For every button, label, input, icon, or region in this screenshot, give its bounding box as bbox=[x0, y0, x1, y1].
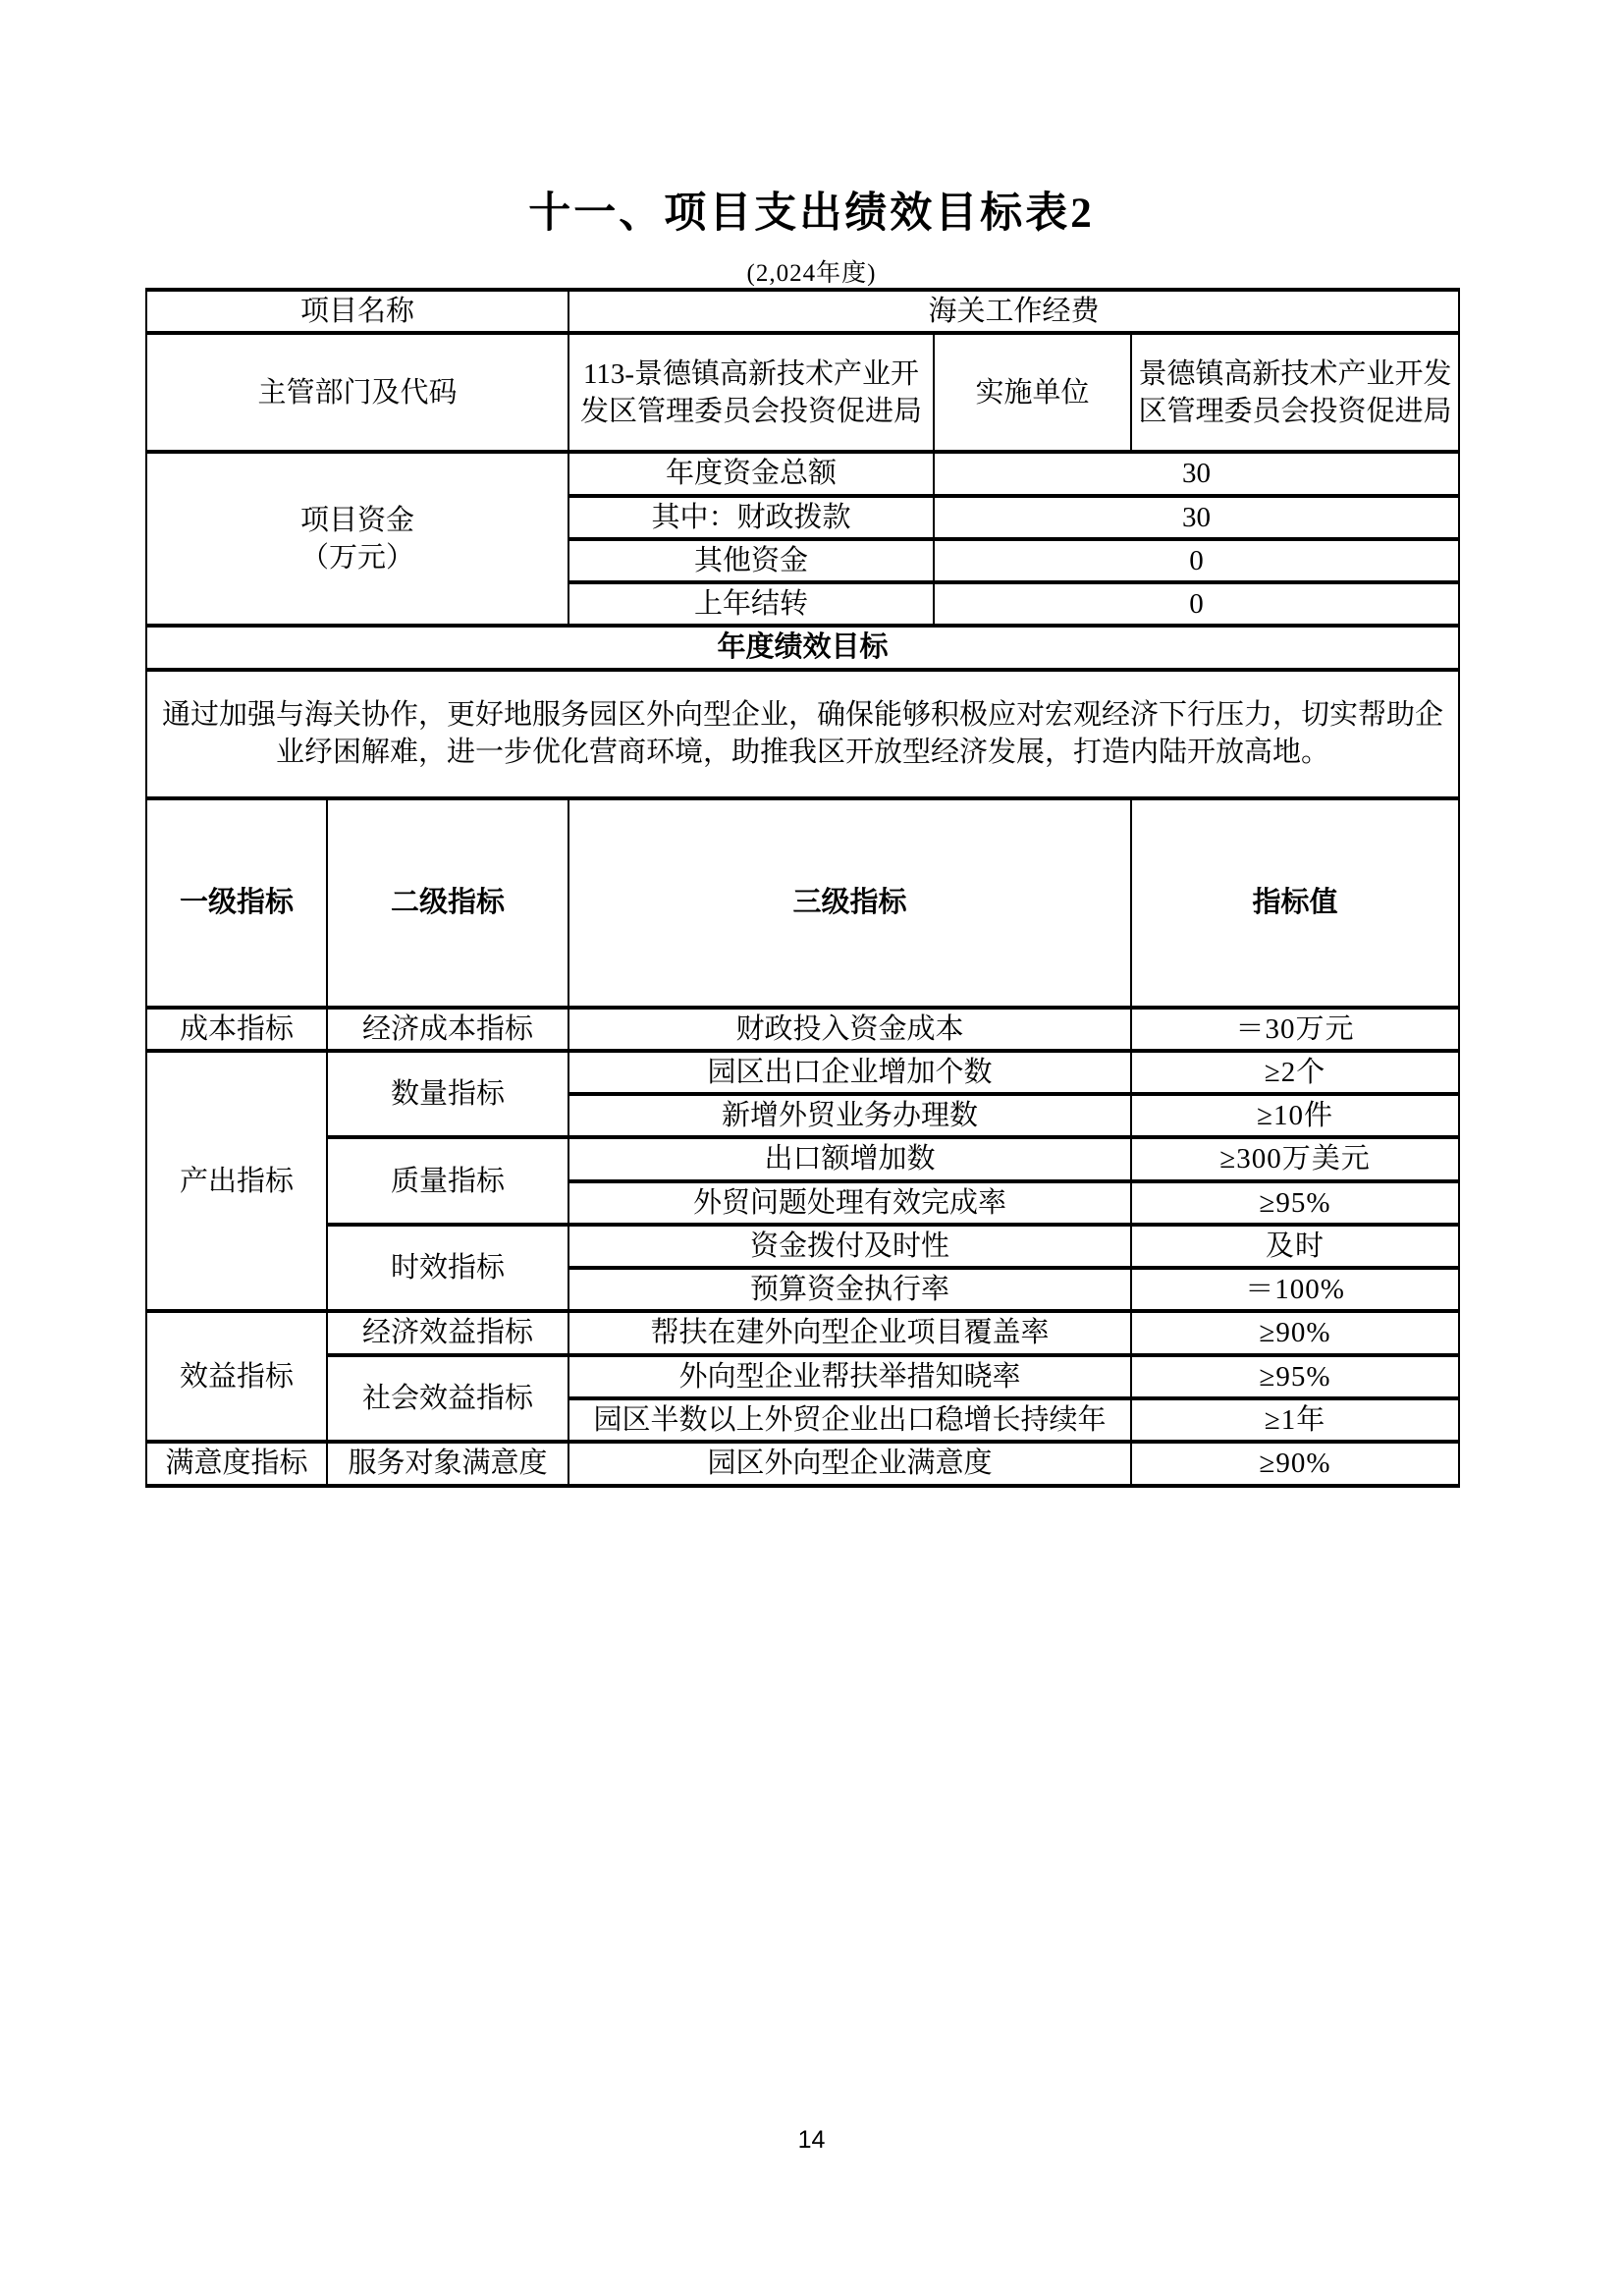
indicator-row: 社会效益指标 外向型企业帮扶举措知晓率 ≥95% bbox=[146, 1355, 1459, 1398]
funds-item-label-cell: 其中：财政拨款 bbox=[568, 496, 934, 539]
indicator-header-level1-cell: 一级指标 bbox=[146, 798, 327, 1008]
indicator-value-cell: ≥2个 bbox=[1131, 1051, 1459, 1094]
indicator-level2-cell: 时效指标 bbox=[327, 1225, 568, 1312]
indicator-row: 质量指标 出口额增加数 ≥300万美元 bbox=[146, 1137, 1459, 1180]
indicator-level1-cell: 成本指标 bbox=[146, 1008, 327, 1051]
indicator-level1-cell: 满意度指标 bbox=[146, 1442, 327, 1485]
dept-value-cell: 113-景德镇高新技术产业开发区管理委员会投资促进局 bbox=[568, 333, 934, 452]
performance-target-table: 项目名称 海关工作经费 主管部门及代码 113-景德镇高新技术产业开发区管理委员… bbox=[145, 288, 1460, 1488]
funds-item-label-cell: 其他资金 bbox=[568, 539, 934, 582]
indicator-level2-cell: 数量指标 bbox=[327, 1051, 568, 1138]
funds-row: 项目资金 （万元） 年度资金总额 30 bbox=[146, 452, 1459, 495]
indicator-header-value-cell: 指标值 bbox=[1131, 798, 1459, 1008]
indicator-header-level3-cell: 三级指标 bbox=[568, 798, 1131, 1008]
document-page: 十一、项目支出绩效目标表2 (2,024年度) 项目名称 海关工作经费 主管部门… bbox=[0, 0, 1623, 2296]
indicator-level3-cell: 新增外贸业务办理数 bbox=[568, 1094, 1131, 1137]
funds-item-value-cell: 0 bbox=[934, 582, 1459, 626]
department-row: 主管部门及代码 113-景德镇高新技术产业开发区管理委员会投资促进局 实施单位 … bbox=[146, 333, 1459, 452]
indicator-value-cell: 及时 bbox=[1131, 1225, 1459, 1268]
indicator-level3-cell: 园区出口企业增加个数 bbox=[568, 1051, 1131, 1094]
indicator-level2-cell: 社会效益指标 bbox=[327, 1355, 568, 1443]
project-name-row: 项目名称 海关工作经费 bbox=[146, 290, 1459, 333]
funds-label-cell: 项目资金 （万元） bbox=[146, 452, 568, 626]
indicator-level3-cell: 园区半数以上外贸企业出口稳增长持续年 bbox=[568, 1398, 1131, 1442]
indicator-level1-cell: 效益指标 bbox=[146, 1311, 327, 1442]
annual-goal-header-cell: 年度绩效目标 bbox=[146, 626, 1459, 669]
page-number: 14 bbox=[0, 2126, 1623, 2155]
indicator-level3-cell: 外向型企业帮扶举措知晓率 bbox=[568, 1355, 1131, 1398]
indicator-value-cell: ≥90% bbox=[1131, 1442, 1459, 1485]
indicator-value-cell: ＝100% bbox=[1131, 1268, 1459, 1311]
dept-label-cell: 主管部门及代码 bbox=[146, 333, 568, 452]
project-name-value-cell: 海关工作经费 bbox=[568, 290, 1459, 333]
indicator-level3-cell: 园区外向型企业满意度 bbox=[568, 1442, 1131, 1485]
annual-goal-header-row: 年度绩效目标 bbox=[146, 626, 1459, 669]
indicator-value-cell: ＝30万元 bbox=[1131, 1008, 1459, 1051]
indicator-row: 时效指标 资金拨付及时性 及时 bbox=[146, 1225, 1459, 1268]
indicator-level3-cell: 外贸问题处理有效完成率 bbox=[568, 1181, 1131, 1225]
impl-unit-label-cell: 实施单位 bbox=[934, 333, 1131, 452]
indicator-value-cell: ≥90% bbox=[1131, 1311, 1459, 1354]
indicator-level2-cell: 服务对象满意度 bbox=[327, 1442, 568, 1485]
annual-goal-text-cell: 通过加强与海关协作，更好地服务园区外向型企业，确保能够积极应对宏观经济下行压力，… bbox=[146, 670, 1459, 798]
indicator-level3-cell: 预算资金执行率 bbox=[568, 1268, 1131, 1311]
funds-item-value-cell: 0 bbox=[934, 539, 1459, 582]
indicator-value-cell: ≥95% bbox=[1131, 1181, 1459, 1225]
indicator-row: 成本指标 经济成本指标 财政投入资金成本 ＝30万元 bbox=[146, 1008, 1459, 1051]
impl-unit-value-cell: 景德镇高新技术产业开发区管理委员会投资促进局 bbox=[1131, 333, 1459, 452]
indicator-row: 效益指标 经济效益指标 帮扶在建外向型企业项目覆盖率 ≥90% bbox=[146, 1311, 1459, 1354]
indicator-level3-cell: 出口额增加数 bbox=[568, 1137, 1131, 1180]
indicator-header-row: 一级指标 二级指标 三级指标 指标值 bbox=[146, 798, 1459, 1008]
funds-item-label-cell: 上年结转 bbox=[568, 582, 934, 626]
indicator-value-cell: ≥300万美元 bbox=[1131, 1137, 1459, 1180]
indicator-row: 产出指标 数量指标 园区出口企业增加个数 ≥2个 bbox=[146, 1051, 1459, 1094]
indicator-row: 满意度指标 服务对象满意度 园区外向型企业满意度 ≥90% bbox=[146, 1442, 1459, 1485]
indicator-level2-cell: 质量指标 bbox=[327, 1137, 568, 1225]
indicator-value-cell: ≥1年 bbox=[1131, 1398, 1459, 1442]
document-subtitle: (2,024年度) bbox=[0, 253, 1623, 289]
indicator-value-cell: ≥95% bbox=[1131, 1355, 1459, 1398]
indicator-level3-cell: 资金拨付及时性 bbox=[568, 1225, 1131, 1268]
indicator-level1-cell: 产出指标 bbox=[146, 1051, 327, 1312]
indicator-level2-cell: 经济效益指标 bbox=[327, 1311, 568, 1354]
funds-item-value-cell: 30 bbox=[934, 452, 1459, 495]
funds-item-label-cell: 年度资金总额 bbox=[568, 452, 934, 495]
annual-goal-text-row: 通过加强与海关协作，更好地服务园区外向型企业，确保能够积极应对宏观经济下行压力，… bbox=[146, 670, 1459, 798]
indicator-header-level2-cell: 二级指标 bbox=[327, 798, 568, 1008]
document-title: 十一、项目支出绩效目标表2 bbox=[0, 180, 1623, 240]
indicator-value-cell: ≥10件 bbox=[1131, 1094, 1459, 1137]
funds-item-value-cell: 30 bbox=[934, 496, 1459, 539]
indicator-level3-cell: 帮扶在建外向型企业项目覆盖率 bbox=[568, 1311, 1131, 1354]
project-name-label-cell: 项目名称 bbox=[146, 290, 568, 333]
indicator-level2-cell: 经济成本指标 bbox=[327, 1008, 568, 1051]
indicator-level3-cell: 财政投入资金成本 bbox=[568, 1008, 1131, 1051]
